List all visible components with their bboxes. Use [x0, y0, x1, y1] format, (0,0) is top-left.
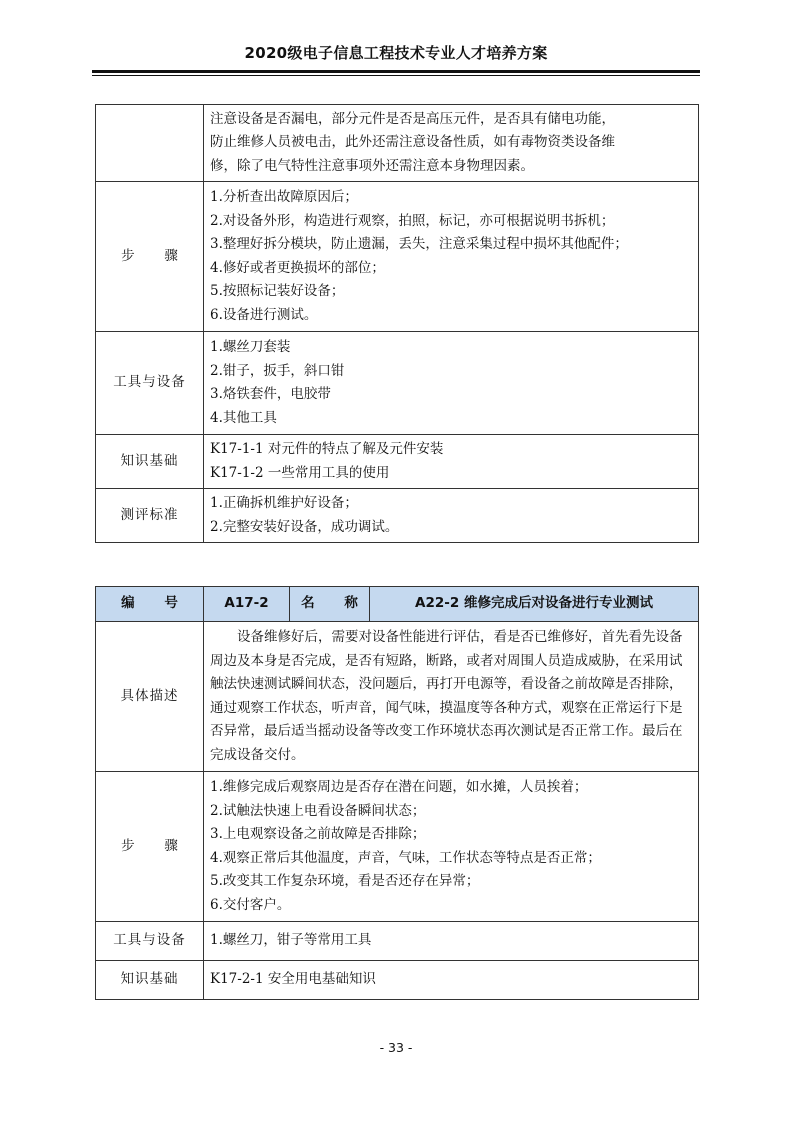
id-label: 编号: [96, 587, 204, 622]
table-row-tools: 工具与设备 1.螺丝刀套装 2.钳子，扳手，斜口钳 3.烙铁套件，电胶带 4.其…: [96, 332, 699, 435]
row-label-description: 具体描述: [96, 622, 204, 772]
page-number: - 33 -: [92, 1040, 700, 1055]
name-label: 名称: [290, 587, 370, 622]
row-label-knowledge: 知识基础: [96, 435, 204, 489]
precautions-text: 注意设备是否漏电，部分元件是否是高压元件，是否具有储电功能， 防止维修人员被电击…: [204, 105, 699, 182]
tools-list-2: 1.螺丝刀，钳子等常用工具: [204, 922, 699, 961]
row-label-steps: 步骤: [96, 182, 204, 332]
steps-list: 1.分析查出故障原因后； 2.对设备外形，构造进行观察，拍照，标记，亦可根据说明…: [204, 182, 699, 332]
task-table-a17-2: 编号 A17-2 名称 A22-2 维修完成后对设备进行专业测试 具体描述 设备…: [95, 586, 699, 1000]
row-label-steps-2: 步骤: [96, 772, 204, 922]
page-header-title: 2020级电子信息工程技术专业人才培养方案: [92, 42, 700, 63]
row-label-evaluation: 测评标准: [96, 489, 204, 543]
header-rule-thick: [92, 70, 700, 73]
header-rule-thin: [92, 75, 700, 76]
tools-list: 1.螺丝刀套装 2.钳子，扳手，斜口钳 3.烙铁套件，电胶带 4.其他工具: [204, 332, 699, 435]
row-label-tools-2: 工具与设备: [96, 922, 204, 961]
table-row-knowledge-2: 知识基础 K17-2-1 安全用电基础知识: [96, 961, 699, 1000]
row-label-knowledge-2: 知识基础: [96, 961, 204, 1000]
table-row-knowledge: 知识基础 K17-1-1 对元件的特点了解及元件安装 K17-1-2 一些常用工…: [96, 435, 699, 489]
table-row-description: 具体描述 设备维修好后，需要对设备性能进行评估，看是否已维修好，首先看先设备周边…: [96, 622, 699, 772]
steps-list-2: 1.维修完成后观察周边是否存在潜在问题，如水摊，人员挨着； 2.试触法快速上电看…: [204, 772, 699, 922]
id-value: A17-2: [204, 587, 290, 622]
evaluation-list: 1.正确拆机维护好设备； 2.完整安装好设备，成功调试。: [204, 489, 699, 543]
table-row-steps-2: 步骤 1.维修完成后观察周边是否存在潜在问题，如水摊，人员挨着； 2.试触法快速…: [96, 772, 699, 922]
task-table-continued: 注意设备是否漏电，部分元件是否是高压元件，是否具有储电功能， 防止维修人员被电击…: [95, 104, 699, 543]
table-row-tools-2: 工具与设备 1.螺丝刀，钳子等常用工具: [96, 922, 699, 961]
task-header-row: 编号 A17-2 名称 A22-2 维修完成后对设备进行专业测试: [96, 587, 699, 622]
table-row-precautions: 注意设备是否漏电，部分元件是否是高压元件，是否具有储电功能， 防止维修人员被电击…: [96, 105, 699, 182]
row-label-empty: [96, 105, 204, 182]
table-row-evaluation: 测评标准 1.正确拆机维护好设备； 2.完整安装好设备，成功调试。: [96, 489, 699, 543]
table-row-steps: 步骤 1.分析查出故障原因后； 2.对设备外形，构造进行观察，拍照，标记，亦可根…: [96, 182, 699, 332]
name-value: A22-2 维修完成后对设备进行专业测试: [370, 587, 699, 622]
knowledge-list-2: K17-2-1 安全用电基础知识: [204, 961, 699, 1000]
row-label-tools: 工具与设备: [96, 332, 204, 435]
knowledge-list: K17-1-1 对元件的特点了解及元件安装 K17-1-2 一些常用工具的使用: [204, 435, 699, 489]
description-text: 设备维修好后，需要对设备性能进行评估，看是否已维修好，首先看先设备周边及本身是否…: [204, 622, 699, 772]
